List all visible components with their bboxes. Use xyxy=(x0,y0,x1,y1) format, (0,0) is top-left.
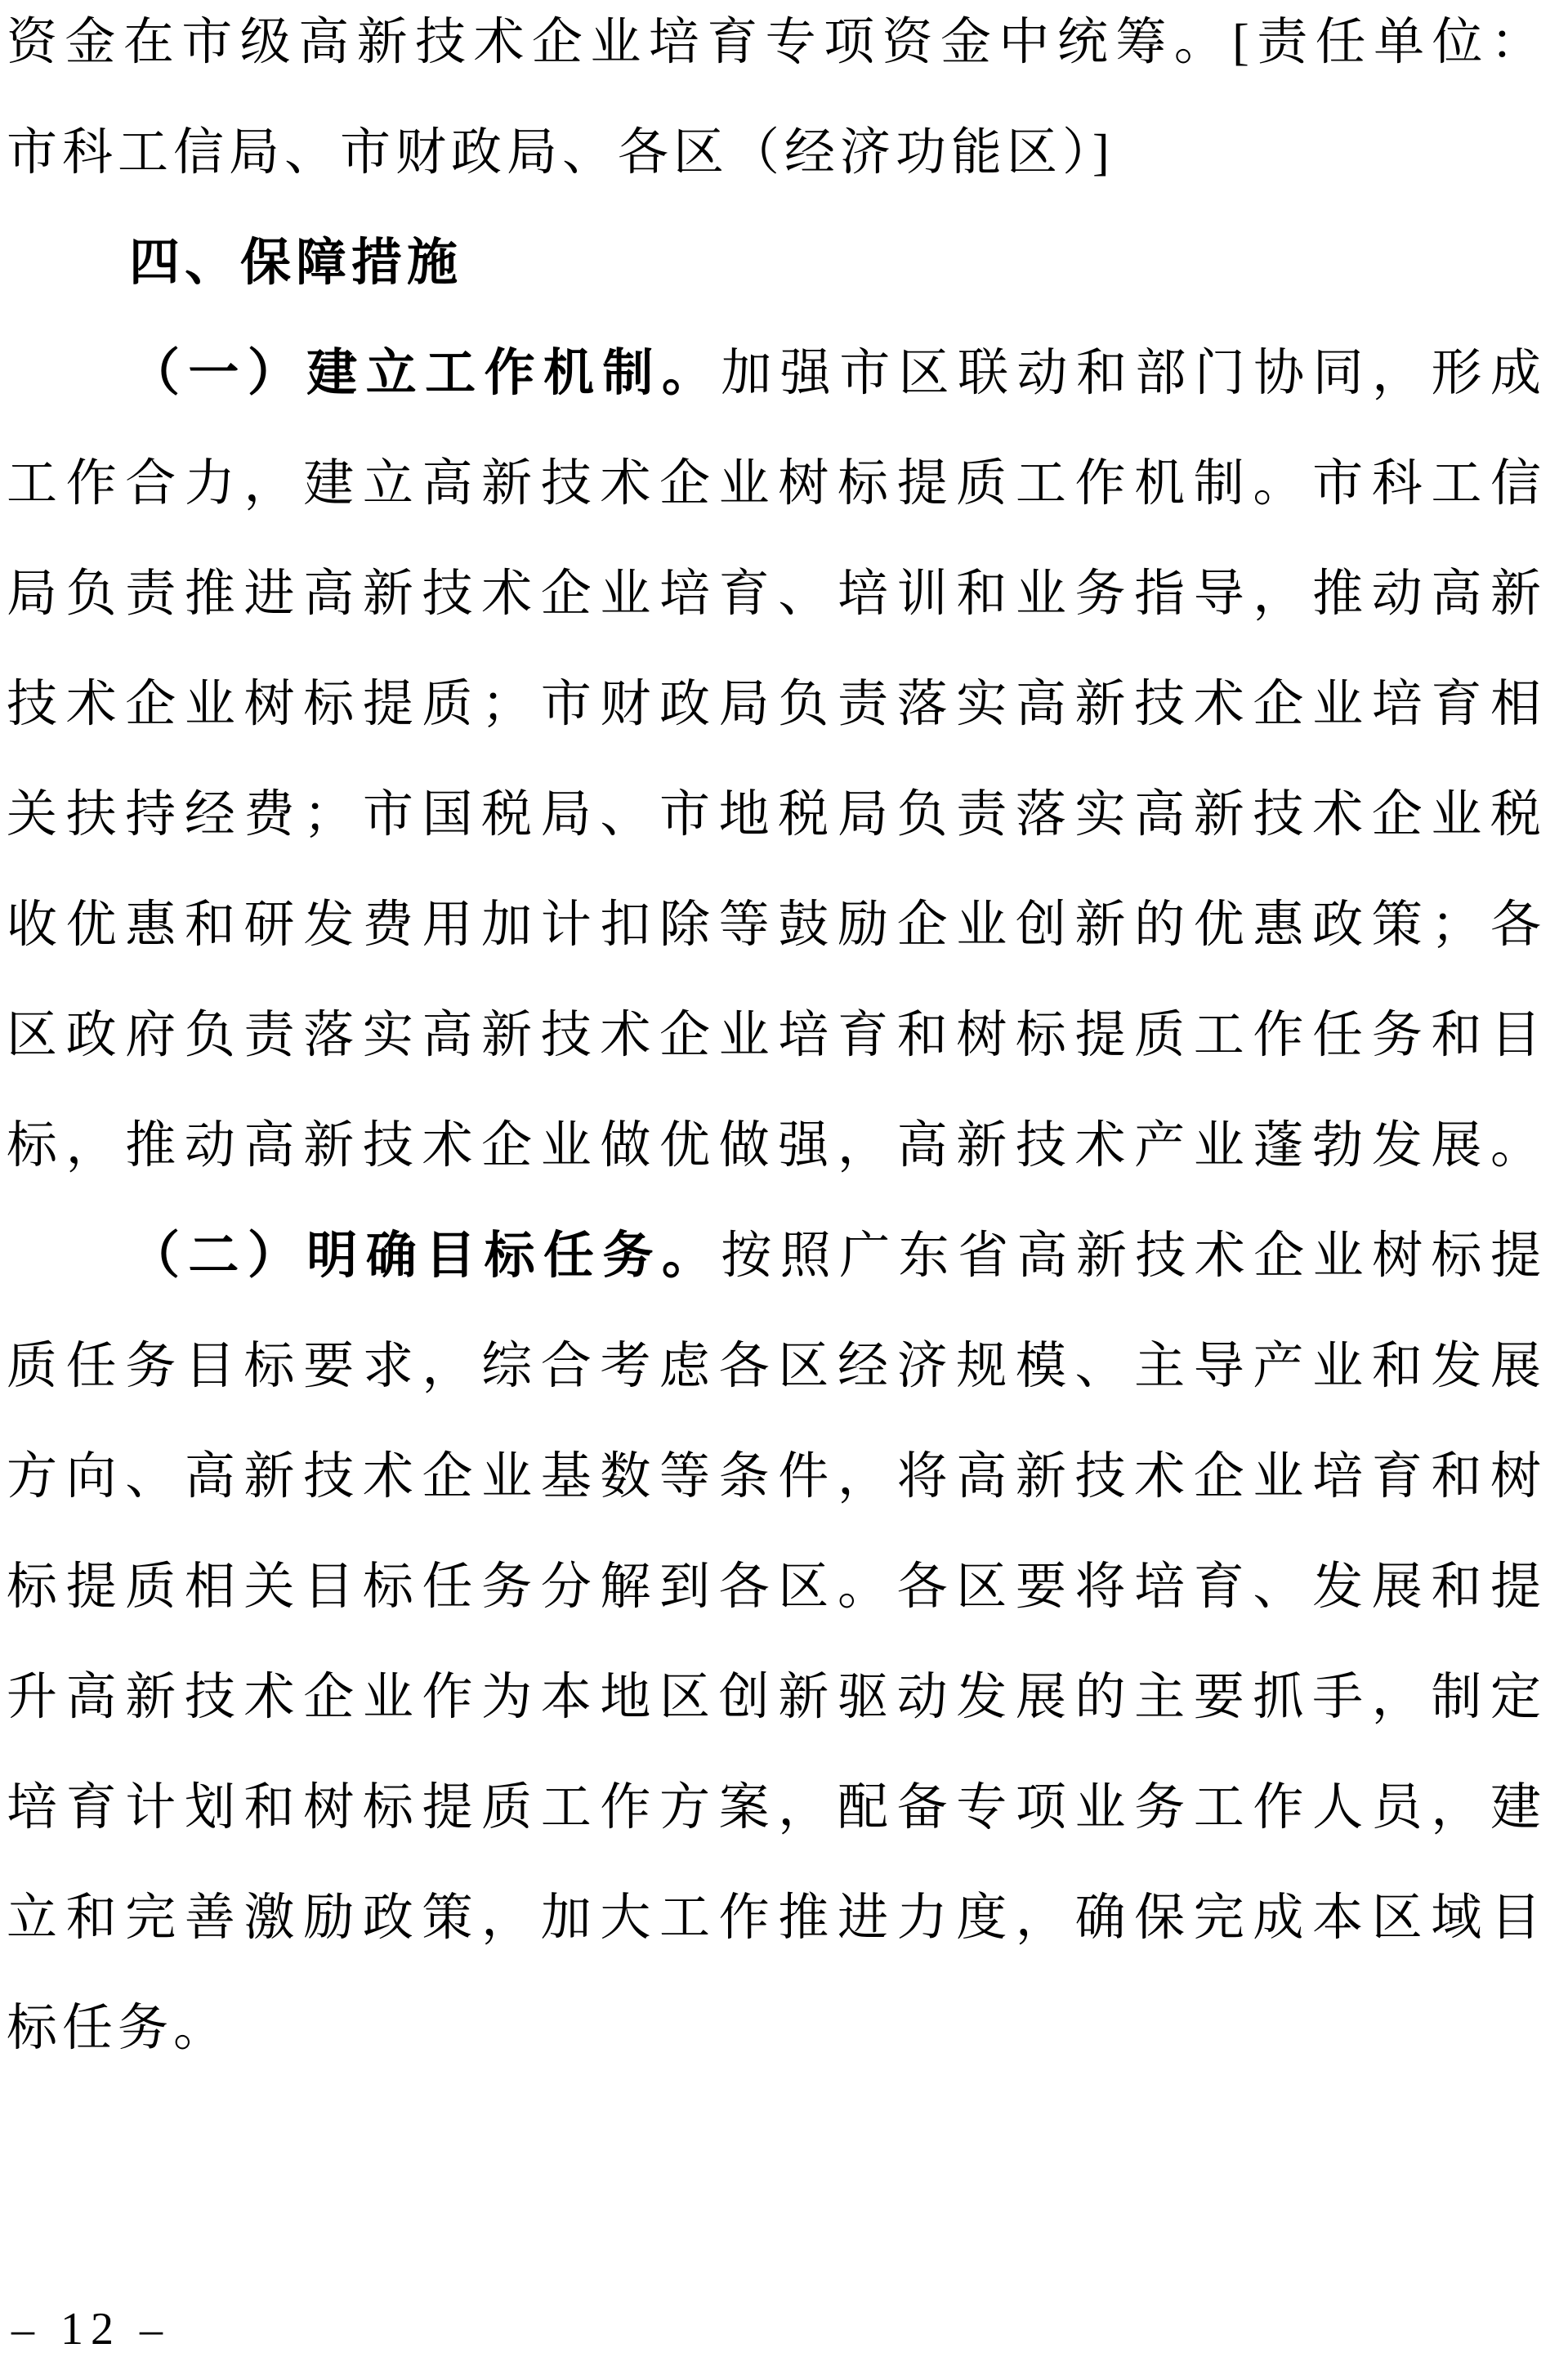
page-number: – 12 – xyxy=(11,2306,170,2352)
line-text: 质任务目标要求，综合考虑各区经济规模、主导产业和发展 xyxy=(7,1339,1546,1394)
section-heading: 四、保障措施 xyxy=(129,235,462,291)
text-line: 标提质相关目标任务分解到各区。各区要将培育、发展和提 xyxy=(7,1550,1546,1660)
line-text: 标任务。 xyxy=(7,2001,229,2056)
text-line: 收优惠和研发费用加计扣除等鼓励企业创新的优惠政策；各 xyxy=(7,888,1546,998)
line-text: 培育计划和树标提质工作方案，配备专项业务工作人员，建 xyxy=(7,1780,1546,1836)
subsection-heading: （一）建立工作机制。 xyxy=(129,346,721,401)
line-text: 标提质相关目标任务分解到各区。各区要将培育、发展和提 xyxy=(7,1559,1546,1615)
text-line: 关扶持经费；市国税局、市地税局负责落实高新技术企业税 xyxy=(7,777,1546,888)
line-text: 区政府负责落实高新技术企业培育和树标提质工作任务和目 xyxy=(7,1008,1546,1063)
line-text: 方向、高新技术企业基数等条件，将高新技术企业培育和树 xyxy=(7,1449,1546,1505)
text-line: 局负责推进高新技术企业培育、培训和业务指导，推动高新 xyxy=(7,557,1546,667)
line-text: 市科工信局、市财政局、各区（经济功能区）] xyxy=(7,125,1115,181)
text-line: 方向、高新技术企业基数等条件，将高新技术企业培育和树 xyxy=(7,1439,1546,1550)
text-line: 立和完善激励政策，加大工作推进力度，确保完成本区域目 xyxy=(7,1881,1546,1991)
document-body: 资金在市级高新技术企业培育专项资金中统筹。[责任单位： 市科工信局、市财政局、各… xyxy=(7,5,1546,2101)
subsection-heading: （二）明确目标任务。 xyxy=(129,1228,721,1284)
text-line: （一）建立工作机制。加强市区联动和部门协同，形成 xyxy=(7,336,1546,446)
text-line: 市科工信局、市财政局、各区（经济功能区）] xyxy=(7,115,1546,226)
line-text: 局负责推进高新技术企业培育、培训和业务指导，推动高新 xyxy=(7,566,1546,622)
line-text: 关扶持经费；市国税局、市地税局负责落实高新技术企业税 xyxy=(7,787,1546,843)
line-text: 加强市区联动和部门协同，形成 xyxy=(721,346,1546,401)
text-line: 培育计划和树标提质工作方案，配备专项业务工作人员，建 xyxy=(7,1770,1546,1881)
line-text: 立和完善激励政策，加大工作推进力度，确保完成本区域目 xyxy=(7,1890,1546,1946)
text-line: 标，推动高新技术企业做优做强，高新技术产业蓬勃发展。 xyxy=(7,1108,1546,1219)
line-text: 升高新技术企业作为本地区创新驱动发展的主要抓手，制定 xyxy=(7,1670,1546,1725)
text-line: 质任务目标要求，综合考虑各区经济规模、主导产业和发展 xyxy=(7,1329,1546,1439)
line-text: 标，推动高新技术企业做优做强，高新技术产业蓬勃发展。 xyxy=(7,1118,1546,1174)
text-line: 区政府负责落实高新技术企业培育和树标提质工作任务和目 xyxy=(7,998,1546,1108)
text-line: （二）明确目标任务。按照广东省高新技术企业树标提 xyxy=(7,1219,1546,1329)
text-line: 工作合力，建立高新技术企业树标提质工作机制。市科工信 xyxy=(7,446,1546,557)
text-line: 技术企业树标提质；市财政局负责落实高新技术企业培育相 xyxy=(7,667,1546,777)
line-text: 工作合力，建立高新技术企业树标提质工作机制。市科工信 xyxy=(7,456,1546,512)
text-line: 资金在市级高新技术企业培育专项资金中统筹。[责任单位： xyxy=(7,5,1546,115)
line-text: 收优惠和研发费用加计扣除等鼓励企业创新的优惠政策；各 xyxy=(7,897,1546,953)
text-line: 标任务。 xyxy=(7,1991,1546,2101)
line-text: 技术企业树标提质；市财政局负责落实高新技术企业培育相 xyxy=(7,677,1546,732)
line-text: 按照广东省高新技术企业树标提 xyxy=(721,1228,1546,1284)
line-text: 资金在市级高新技术企业培育专项资金中统筹。[责任单位： xyxy=(7,15,1546,70)
text-line: 四、保障措施 xyxy=(7,226,1546,336)
text-line: 升高新技术企业作为本地区创新驱动发展的主要抓手，制定 xyxy=(7,1660,1546,1770)
